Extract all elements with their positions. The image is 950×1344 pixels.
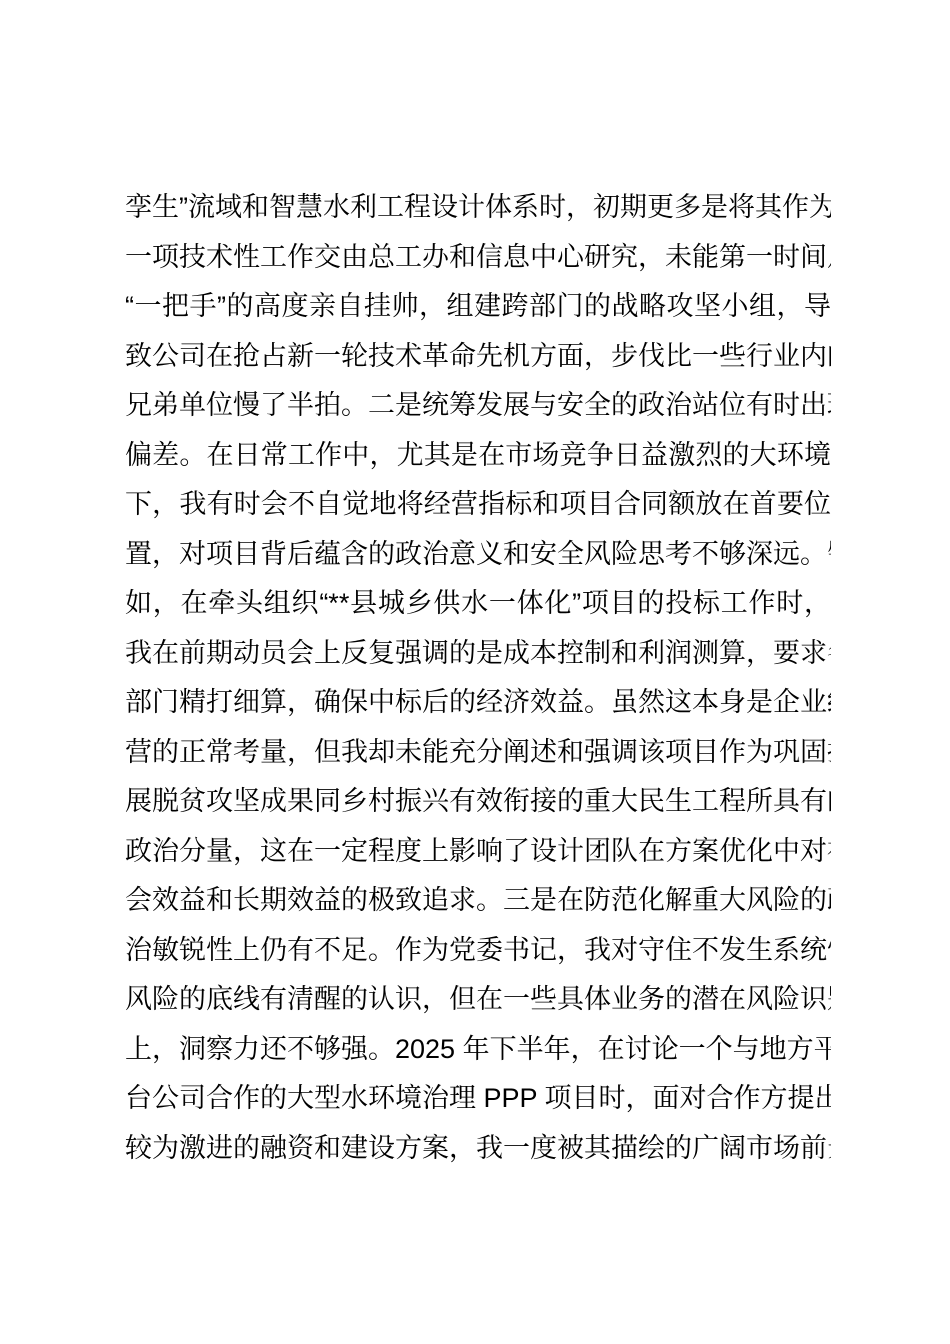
text-line: “一把手”的高度亲自挂帅，组建跨部门的战略攻坚小组，导 bbox=[125, 282, 831, 332]
text-line: 致公司在抢占新一轮技术革命先机方面，步伐比一些行业内的 bbox=[125, 332, 831, 382]
document-page: 孪生”流域和智慧水利工程设计体系时，初期更多是将其作为 一项技术性工作交由总工办… bbox=[0, 0, 950, 1344]
text-line: 营的正常考量，但我却未能充分阐述和强调该项目作为巩固拓 bbox=[125, 728, 831, 778]
text-line: 下，我有时会不自觉地将经营指标和项目合同额放在首要位 bbox=[125, 480, 831, 530]
paragraph-block: 孪生”流域和智慧水利工程设计体系时，初期更多是将其作为 一项技术性工作交由总工办… bbox=[125, 183, 831, 1173]
text-line: 上，洞察力还不够强。2025 年下半年，在讨论一个与地方平 bbox=[125, 1025, 831, 1075]
text-line: 台公司合作的大型水环境治理 PPP 项目时，面对合作方提出的 bbox=[125, 1074, 831, 1124]
text-line: 较为激进的融资和建设方案，我一度被其描绘的广阔市场前景 bbox=[125, 1124, 831, 1174]
text-line: 政治分量，这在一定程度上影响了设计团队在方案优化中对社 bbox=[125, 827, 831, 877]
text-line: 我在前期动员会上反复强调的是成本控制和利润测算，要求各 bbox=[125, 629, 831, 679]
text-line: 一项技术性工作交由总工办和信息中心研究，未能第一时间从 bbox=[125, 233, 831, 283]
text-line: 部门精打细算，确保中标后的经济效益。虽然这本身是企业经 bbox=[125, 678, 831, 728]
text-line: 置，对项目背后蕴含的政治意义和安全风险思考不够深远。譬 bbox=[125, 530, 831, 580]
text-line: 会效益和长期效益的极致追求。三是在防范化解重大风险的政 bbox=[125, 876, 831, 926]
text-line: 展脱贫攻坚成果同乡村振兴有效衔接的重大民生工程所具有的 bbox=[125, 777, 831, 827]
text-line: 风险的底线有清醒的认识，但在一些具体业务的潜在风险识别 bbox=[125, 975, 831, 1025]
text-line: 兄弟单位慢了半拍。二是统筹发展与安全的政治站位有时出现 bbox=[125, 381, 831, 431]
text-line: 治敏锐性上仍有不足。作为党委书记，我对守住不发生系统性 bbox=[125, 926, 831, 976]
text-line: 如，在牵头组织“**县城乡供水一体化”项目的投标工作时， bbox=[125, 579, 831, 629]
text-line: 偏差。在日常工作中，尤其是在市场竞争日益激烈的大环境 bbox=[125, 431, 831, 481]
text-line: 孪生”流域和智慧水利工程设计体系时，初期更多是将其作为 bbox=[125, 183, 831, 233]
